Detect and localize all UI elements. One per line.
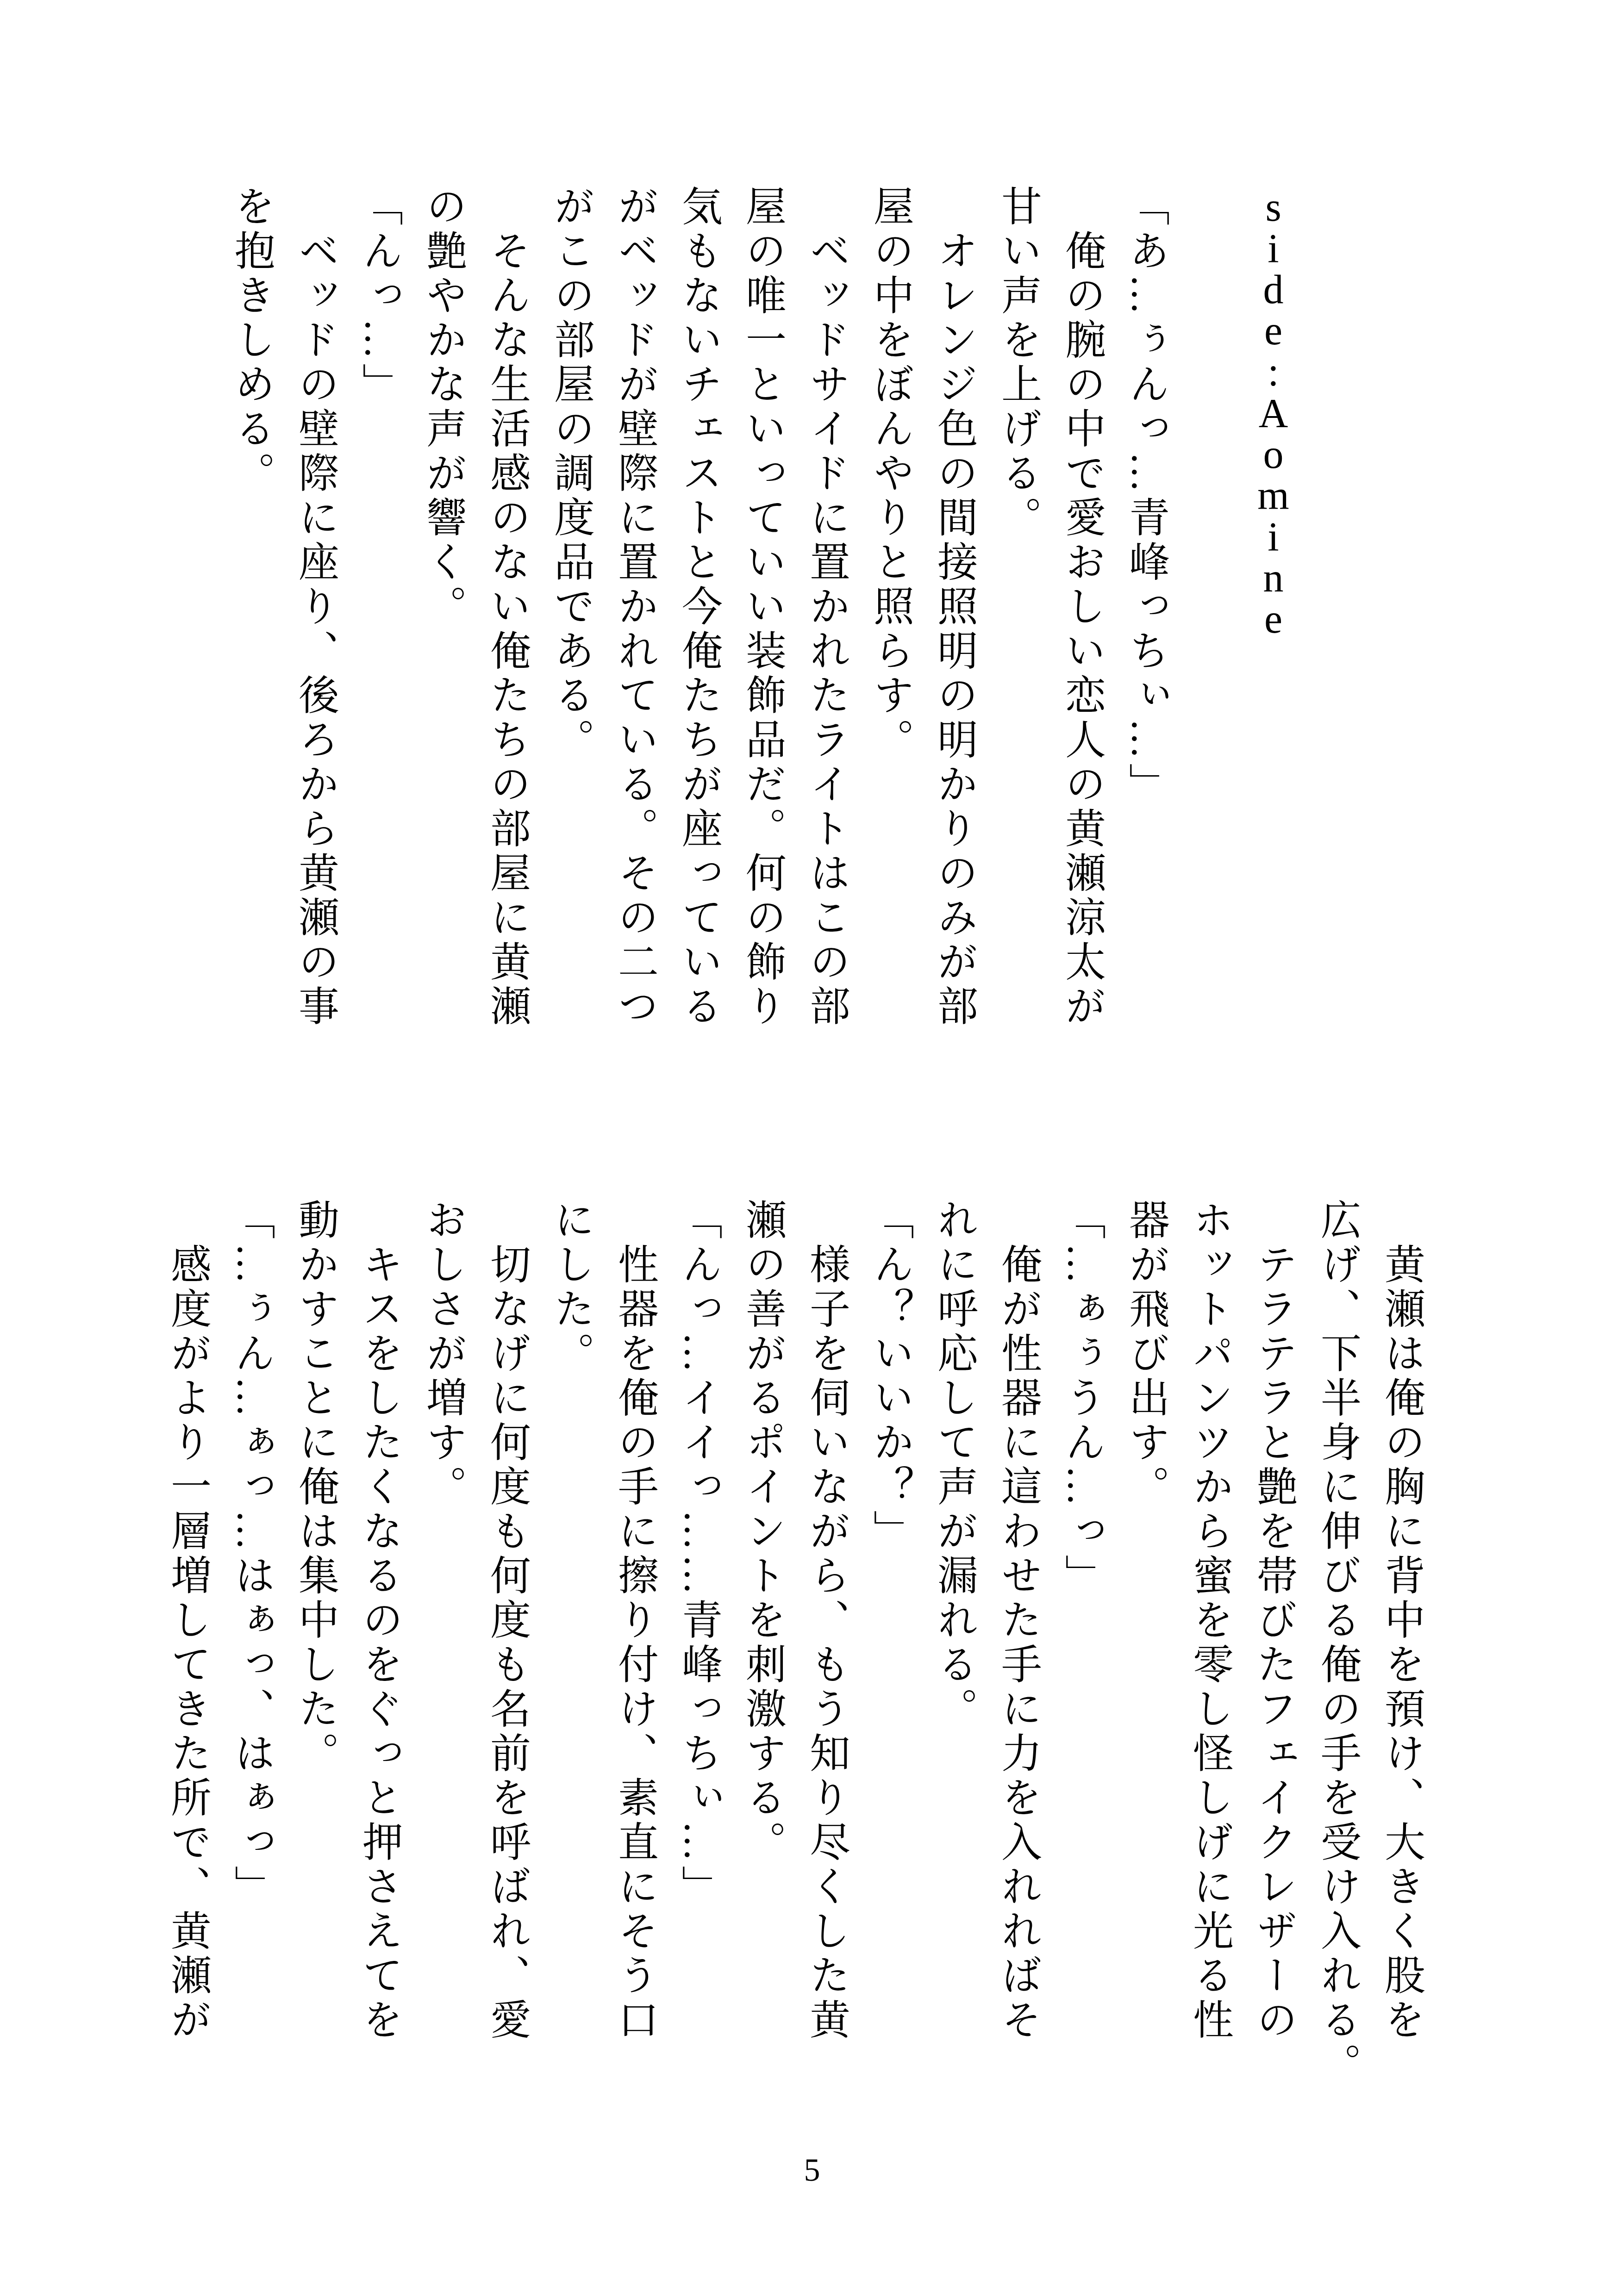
text-column: 甘い声を上げる。 [986, 185, 1049, 1074]
text-column: の艶やかな声が響く。 [411, 185, 475, 1074]
text-column: 気もないチェストと今俺たちが座っている [666, 185, 730, 1074]
document-page: side:Aomine 「あ…ぅんっ…青峰っちぃ…」 俺の腕の中で愛おしい恋人の… [0, 0, 1624, 2296]
text-column: そんな生活感のない俺たちの部屋に黄瀬 [475, 185, 538, 1074]
text-column: 俺の腕の中で愛おしい恋人の黄瀬涼太が [1049, 185, 1113, 1074]
text-column: 瀬の善がるポイントを刺激する。 [730, 1199, 794, 2090]
blank-column [1177, 185, 1241, 1074]
text-column: 「んっ…イイっ……青峰っちぃ…」 [666, 1199, 730, 2090]
text-column: オレンジ色の間接照明の明かりのみが部 [922, 185, 986, 1074]
text-column: 器が飛び出す。 [1113, 1199, 1177, 2090]
text-column: を抱きしめる。 [219, 185, 283, 1074]
text-column: 「…ぁぅうん…っ」 [1049, 1199, 1113, 2090]
text-column: 感度がより一層増してきた所で、黄瀬が [155, 1199, 219, 2090]
text-column: 屋の中をぼんやりと照らす。 [858, 185, 922, 1074]
text-column: 黄瀬は俺の胸に背中を預け、大きく股を [1369, 1199, 1433, 2090]
text-column: 切なげに何度も何度も名前を呼ばれ、愛 [475, 1199, 538, 2090]
text-column: ベッドサイドに置かれたライトはこの部 [794, 185, 858, 1074]
bottom-text-block: 黄瀬は俺の胸に背中を預け、大きく股を広げ、下半身に伸びる俺の手を受け入れる。 テ… [155, 1199, 1433, 2090]
text-column: キスをしたくなるのをぐっと押さえてを [347, 1199, 411, 2090]
text-column: がこの部屋の調度品である。 [538, 185, 602, 1074]
text-column: にした。 [538, 1199, 602, 2090]
text-column: 「…ぅん…ぁっ…はぁっ、はぁっ」 [219, 1199, 283, 2090]
text-column: 「ん？いいか？」 [858, 1199, 922, 2090]
text-column: ベッドの壁際に座り、後ろから黄瀬の事 [283, 185, 347, 1074]
text-column: 「んっ…」 [347, 185, 411, 1074]
text-column: 広げ、下半身に伸びる俺の手を受け入れる。 [1305, 1199, 1369, 2090]
text-column: がベッドが壁際に置かれている。その二つ [602, 185, 666, 1074]
text-column: テラテラと艶を帯びたフェイクレザーの [1241, 1199, 1305, 2090]
page-number: 5 [0, 2152, 1624, 2189]
section-heading: side:Aomine [1241, 185, 1305, 1074]
text-column: れに呼応して声が漏れる。 [922, 1199, 986, 2090]
text-column: おしさが増す。 [411, 1199, 475, 2090]
text-column: 俺が性器に這わせた手に力を入れればそ [986, 1199, 1049, 2090]
text-column: ホットパンツから蜜を零し怪しげに光る性 [1177, 1199, 1241, 2090]
text-column: 動かすことに俺は集中した。 [283, 1199, 347, 2090]
top-text-block: side:Aomine 「あ…ぅんっ…青峰っちぃ…」 俺の腕の中で愛おしい恋人の… [219, 185, 1305, 1074]
text-column: 「あ…ぅんっ…青峰っちぃ…」 [1113, 185, 1177, 1074]
text-column: 屋の唯一といっていい装飾品だ。何の飾り [730, 185, 794, 1074]
text-column: 性器を俺の手に擦り付け、素直にそう口 [602, 1199, 666, 2090]
text-column: 様子を伺いながら、もう知り尽くした黄 [794, 1199, 858, 2090]
